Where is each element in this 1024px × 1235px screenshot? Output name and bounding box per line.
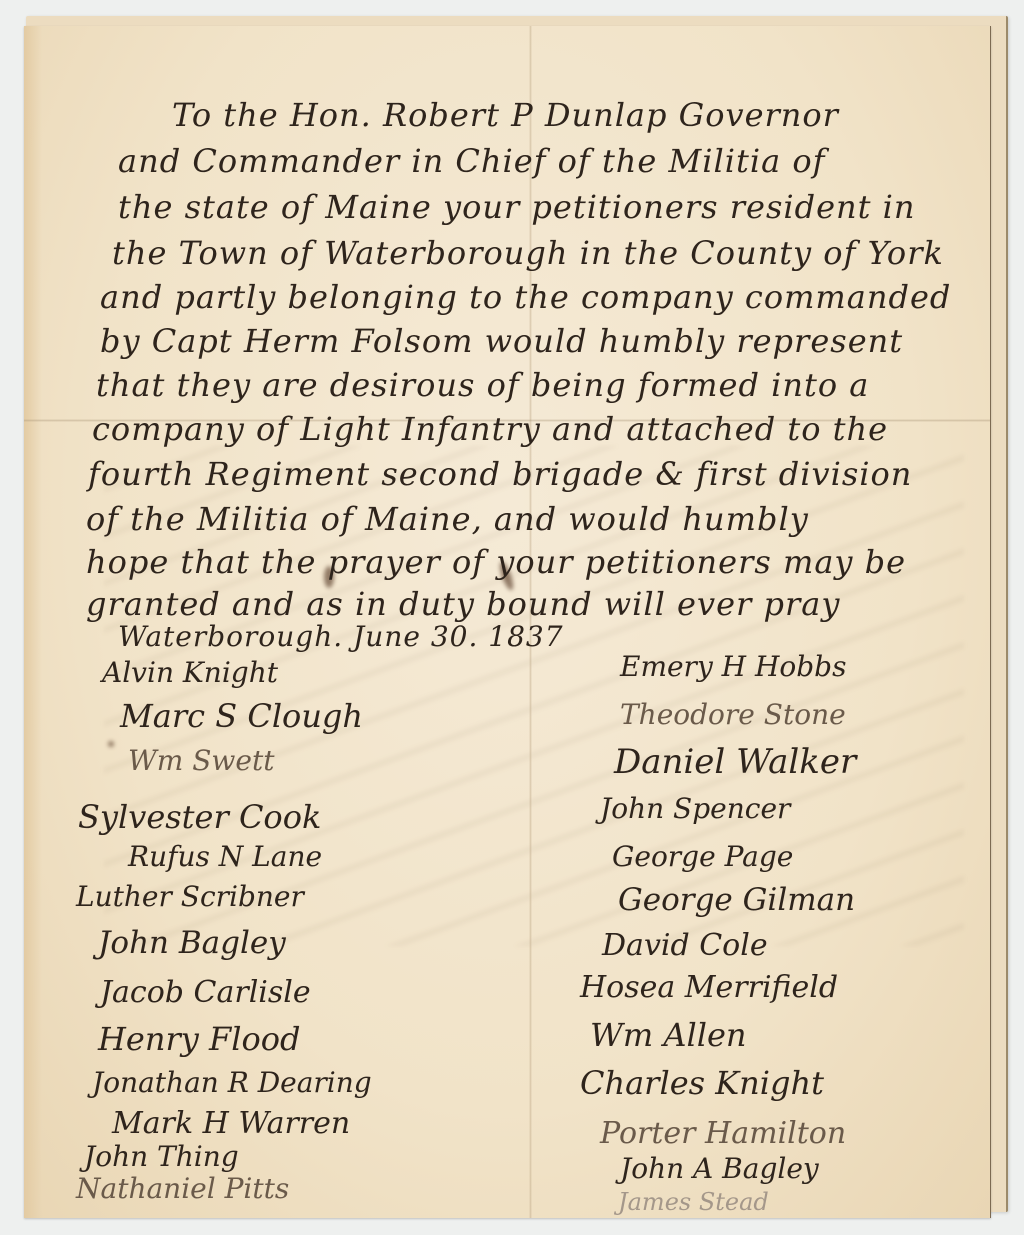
signature: John Spencer xyxy=(600,792,790,825)
signature: James Stead xyxy=(618,1188,769,1216)
signature: Porter Hamilton xyxy=(600,1116,846,1151)
petition-line-2: and Commander in Chief of the Militia of xyxy=(118,142,825,180)
signature: Charles Knight xyxy=(580,1064,824,1102)
signature: Jacob Carlisle xyxy=(100,975,311,1010)
signature: George Gilman xyxy=(618,882,855,918)
petition-line-12: granted and as in duty bound will ever p… xyxy=(86,585,840,623)
signature: John A Bagley xyxy=(620,1152,819,1185)
petition-line-10: of the Militia of Maine, and would humbl… xyxy=(86,500,809,538)
petition-line-3: the state of Maine your petitioners resi… xyxy=(118,188,916,226)
signature: Wm Swett xyxy=(128,744,274,777)
signature: John Bagley xyxy=(98,925,286,961)
signature: Hosea Merrifield xyxy=(580,970,838,1005)
signature: Sylvester Cook xyxy=(78,798,321,836)
signature: Emery H Hobbs xyxy=(620,650,846,683)
petition-line-8: company of Light Infantry and attached t… xyxy=(92,410,888,448)
signature: Daniel Walker xyxy=(614,742,856,782)
ink-dot xyxy=(108,741,114,747)
signature: George Page xyxy=(612,840,793,873)
signature: Wm Allen xyxy=(590,1016,747,1054)
signature: David Cole xyxy=(602,928,768,963)
petition-line-1: To the Hon. Robert P Dunlap Governor xyxy=(172,96,839,134)
signature: Alvin Knight xyxy=(102,656,278,689)
petition-line-5: and partly belonging to the company comm… xyxy=(100,278,951,316)
petition-line-6: by Capt Herm Folsom would humbly represe… xyxy=(100,322,903,360)
signature: Henry Flood xyxy=(98,1020,300,1058)
signature: Jonathan R Dearing xyxy=(92,1066,372,1099)
petition-line-9: fourth Regiment second brigade & first d… xyxy=(88,455,912,493)
dateline: Waterborough. June 30. 1837 xyxy=(118,620,564,653)
signature: Nathaniel Pitts xyxy=(76,1172,289,1205)
petition-line-4: the Town of Waterborough in the County o… xyxy=(112,234,944,272)
signature: Luther Scribner xyxy=(76,880,304,913)
signature: Rufus N Lane xyxy=(128,840,322,873)
signature: Marc S Clough xyxy=(120,697,363,735)
signature: Mark H Warren xyxy=(112,1106,350,1141)
signature: Theodore Stone xyxy=(620,698,846,731)
petition-line-7: that they are desirous of being formed i… xyxy=(96,366,869,404)
signature: John Thing xyxy=(84,1140,239,1173)
petition-line-11: hope that the prayer of your petitioners… xyxy=(86,543,906,581)
